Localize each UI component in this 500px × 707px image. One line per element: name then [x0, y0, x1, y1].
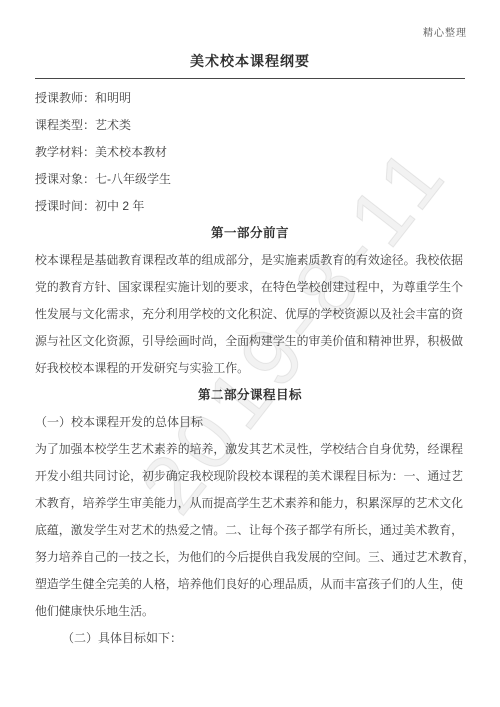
meta-list: 授课教师：和明明 课程类型：艺术类 教学材料：美术校本教材 授课对象：七-八年级…	[35, 85, 465, 220]
paragraph-line: 他们健康快乐地生活。	[35, 598, 465, 625]
section-2-subheading-2: （二）具体目标如下：	[35, 625, 465, 652]
paragraph-line: 为了加强本校学生艺术素养的培养，激发其艺术灵性，学校结合自身优势，经课程	[35, 436, 465, 463]
paragraph-line: 努力培养自己的一技之长，为他们的今后提供自我发展的空间。三、通过艺术教育，	[35, 544, 465, 571]
meta-item-course-type: 课程类型：艺术类	[35, 112, 465, 139]
paragraph-line: 好我校校本课程的开发研究与实验工作。	[35, 355, 465, 382]
title-divider	[35, 78, 465, 79]
paragraph-line: 党的教育方针、国家课程实施计划的要求，在特色学校创建过程中，为尊重学生个	[35, 274, 465, 301]
section-2-subheading-1: （一）校本课程开发的总体目标	[35, 409, 465, 436]
meta-item-duration: 授课时间：初中 2 年	[35, 193, 465, 220]
paragraph-line: 源与社区文化资源，引导绘画时尚，全面构建学生的审美价值和精神世界，积极做	[35, 328, 465, 355]
paragraph-line: 开发小组共同讨论，初步确定我校现阶段校本课程的美术课程目标为：一、通过艺	[35, 463, 465, 490]
section-1-heading: 第一部分前言	[35, 220, 465, 247]
paragraph-line: 塑造学生健全完美的人格，培养他们良好的心理品质，从而丰富孩子们的人生，使	[35, 571, 465, 598]
meta-item-teacher: 授课教师：和明明	[35, 85, 465, 112]
page-title: 美术校本课程纲要	[35, 0, 465, 69]
document-content: 美术校本课程纲要 授课教师：和明明 课程类型：艺术类 教学材料：美术校本教材 授…	[0, 0, 500, 652]
document-page: 2019-8-11 精心整理 美术校本课程纲要 授课教师：和明明 课程类型：艺术…	[0, 0, 500, 707]
paragraph-line: 术教育，培养学生审美能力，从而提高学生艺术素养和能力，积累深厚的艺术文化	[35, 490, 465, 517]
paragraph-line: 性发展与文化需求，充分利用学校的文化积淀、优厚的学校资源以及社会丰富的资	[35, 301, 465, 328]
section-2-heading: 第二部分课程目标	[35, 382, 465, 409]
meta-item-materials: 教学材料：美术校本教材	[35, 139, 465, 166]
paragraph-line: 底蕴，激发学生对艺术的热爱之情。二、让每个孩子都学有所长，通过美术教育，	[35, 517, 465, 544]
section-1-paragraph: 校本课程是基础教育课程改革的组成部分，是实施素质教育的有效途径。我校依据 党的教…	[35, 247, 465, 382]
section-2-paragraph: 为了加强本校学生艺术素养的培养，激发其艺术灵性，学校结合自身优势，经课程 开发小…	[35, 436, 465, 625]
paragraph-line: 校本课程是基础教育课程改革的组成部分，是实施素质教育的有效途径。我校依据	[35, 247, 465, 274]
meta-item-audience: 授课对象：七-八年级学生	[35, 166, 465, 193]
